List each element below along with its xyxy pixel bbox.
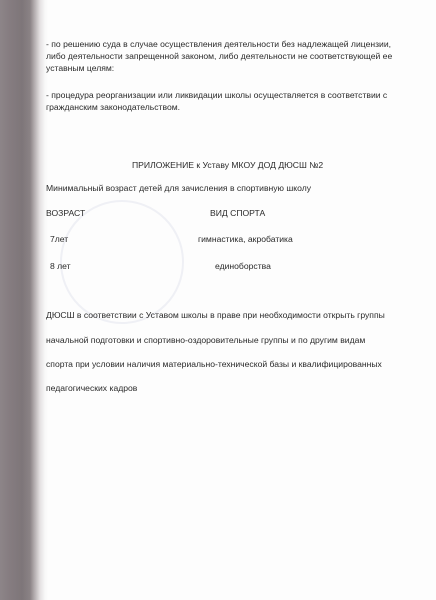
text-line: гражданским законодательством. (46, 102, 180, 113)
document-page: - по решению суда в случае осуществления… (0, 0, 436, 600)
text-line: начальной подготовки и спортивно-оздоров… (46, 335, 365, 346)
text-line: - процедура реорганизации или ликвидации… (46, 90, 387, 101)
sport-cell: единоборства (215, 261, 271, 272)
table-header-age: ВОЗРАСТ (46, 208, 85, 219)
text-line: спорта при условии наличия материально-т… (46, 359, 382, 370)
text-line: уставным целям: (46, 63, 114, 74)
text-line: педагогических кадров (46, 383, 137, 394)
age-cell: 8 лет (50, 261, 71, 272)
table-header-sport: ВИД СПОРТА (210, 208, 265, 219)
text-line: ДЮСШ в соответствии с Уставом школы в пр… (46, 310, 385, 321)
text-line: - по решению суда в случае осуществления… (46, 39, 391, 50)
age-cell: 7лет (50, 234, 68, 245)
min-age-caption: Минимальный возраст детей для зачисления… (46, 183, 311, 194)
appendix-title: ПРИЛОЖЕНИЕ к Уставу МКОУ ДОД ДЮСШ №2 (132, 160, 323, 171)
text-line: либо деятельности запрещенной законом, л… (46, 51, 392, 62)
sport-cell: гимнастика, акробатика (198, 234, 293, 245)
